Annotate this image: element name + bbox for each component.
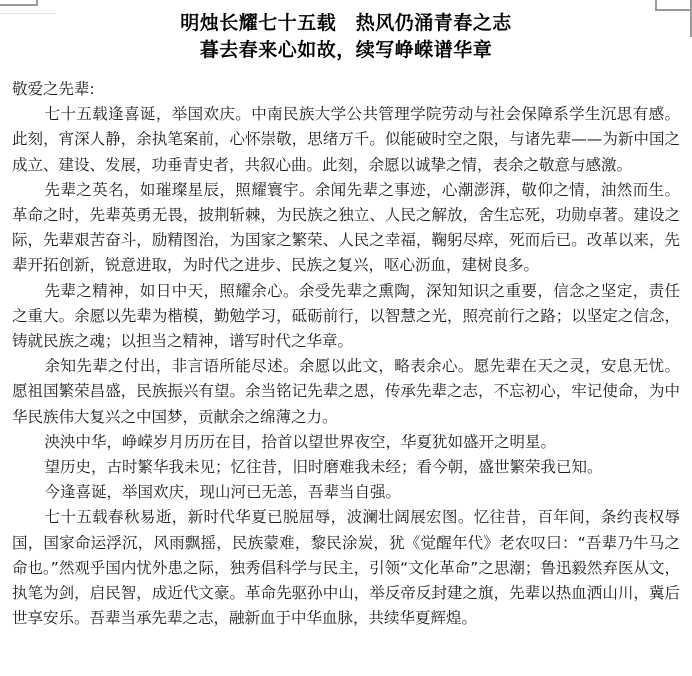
- body-paragraph: 先辈之精神，如日中天，照耀余心。余受先辈之熏陶，深知知识之重要，信念之坚定，责任…: [12, 279, 680, 355]
- cropped-frame-corner-top-right: [655, 0, 690, 11]
- body-paragraph: 望历史，古时繁华我未见；忆往昔，旧时磨难我未经；看今朝，盛世繁荣我已知。: [12, 455, 680, 480]
- body-paragraph: 泱泱中华，峥嵘岁月历历在目，拾首以望世界夜空，华夏犹如盛开之明星。: [12, 430, 680, 455]
- salutation: 敬爱之先辈:: [12, 77, 680, 102]
- document-body: 敬爱之先辈: 七十五载逢喜诞，举国欢庆。中南民族大学公共管理学院劳动与社会保障系…: [0, 77, 692, 631]
- body-paragraph: 七十五载逢喜诞，举国欢庆。中南民族大学公共管理学院劳动与社会保障系学生沉思有感。…: [12, 102, 680, 178]
- body-paragraph: 今逢喜诞，举国欢庆，现山河已无恙，吾辈当自强。: [12, 480, 680, 505]
- cropped-frame-faint-line: [0, 13, 56, 14]
- document-title: 明烛长耀七十五载 热风仍涌青春之志 暮去春来心如故，续写峥嵘谱华章: [0, 0, 692, 64]
- body-paragraph: 余知先辈之付出，非言语所能尽述。余愿以此文，略表余心。愿先辈在天之灵，安息无忧。…: [12, 354, 680, 430]
- document-title-line-1: 明烛长耀七十五载 热风仍涌青春之志: [0, 10, 692, 37]
- body-paragraph: 先辈之英名，如璀璨星辰，照耀寰宇。余闻先辈之事迹，心潮澎湃，敬仰之情，油然而生。…: [12, 178, 680, 279]
- cropped-frame-corner-top-left: [0, 0, 38, 6]
- document-title-line-2: 暮去春来心如故，续写峥嵘谱华章: [0, 37, 692, 64]
- document-page: 明烛长耀七十五载 热风仍涌青春之志 暮去春来心如故，续写峥嵘谱华章 敬爱之先辈:…: [0, 0, 692, 676]
- body-paragraph: 七十五载春秋易逝，新时代华夏已脱屈辱，波澜壮阔展宏图。忆往昔，百年间，条约丧权辱…: [12, 505, 680, 631]
